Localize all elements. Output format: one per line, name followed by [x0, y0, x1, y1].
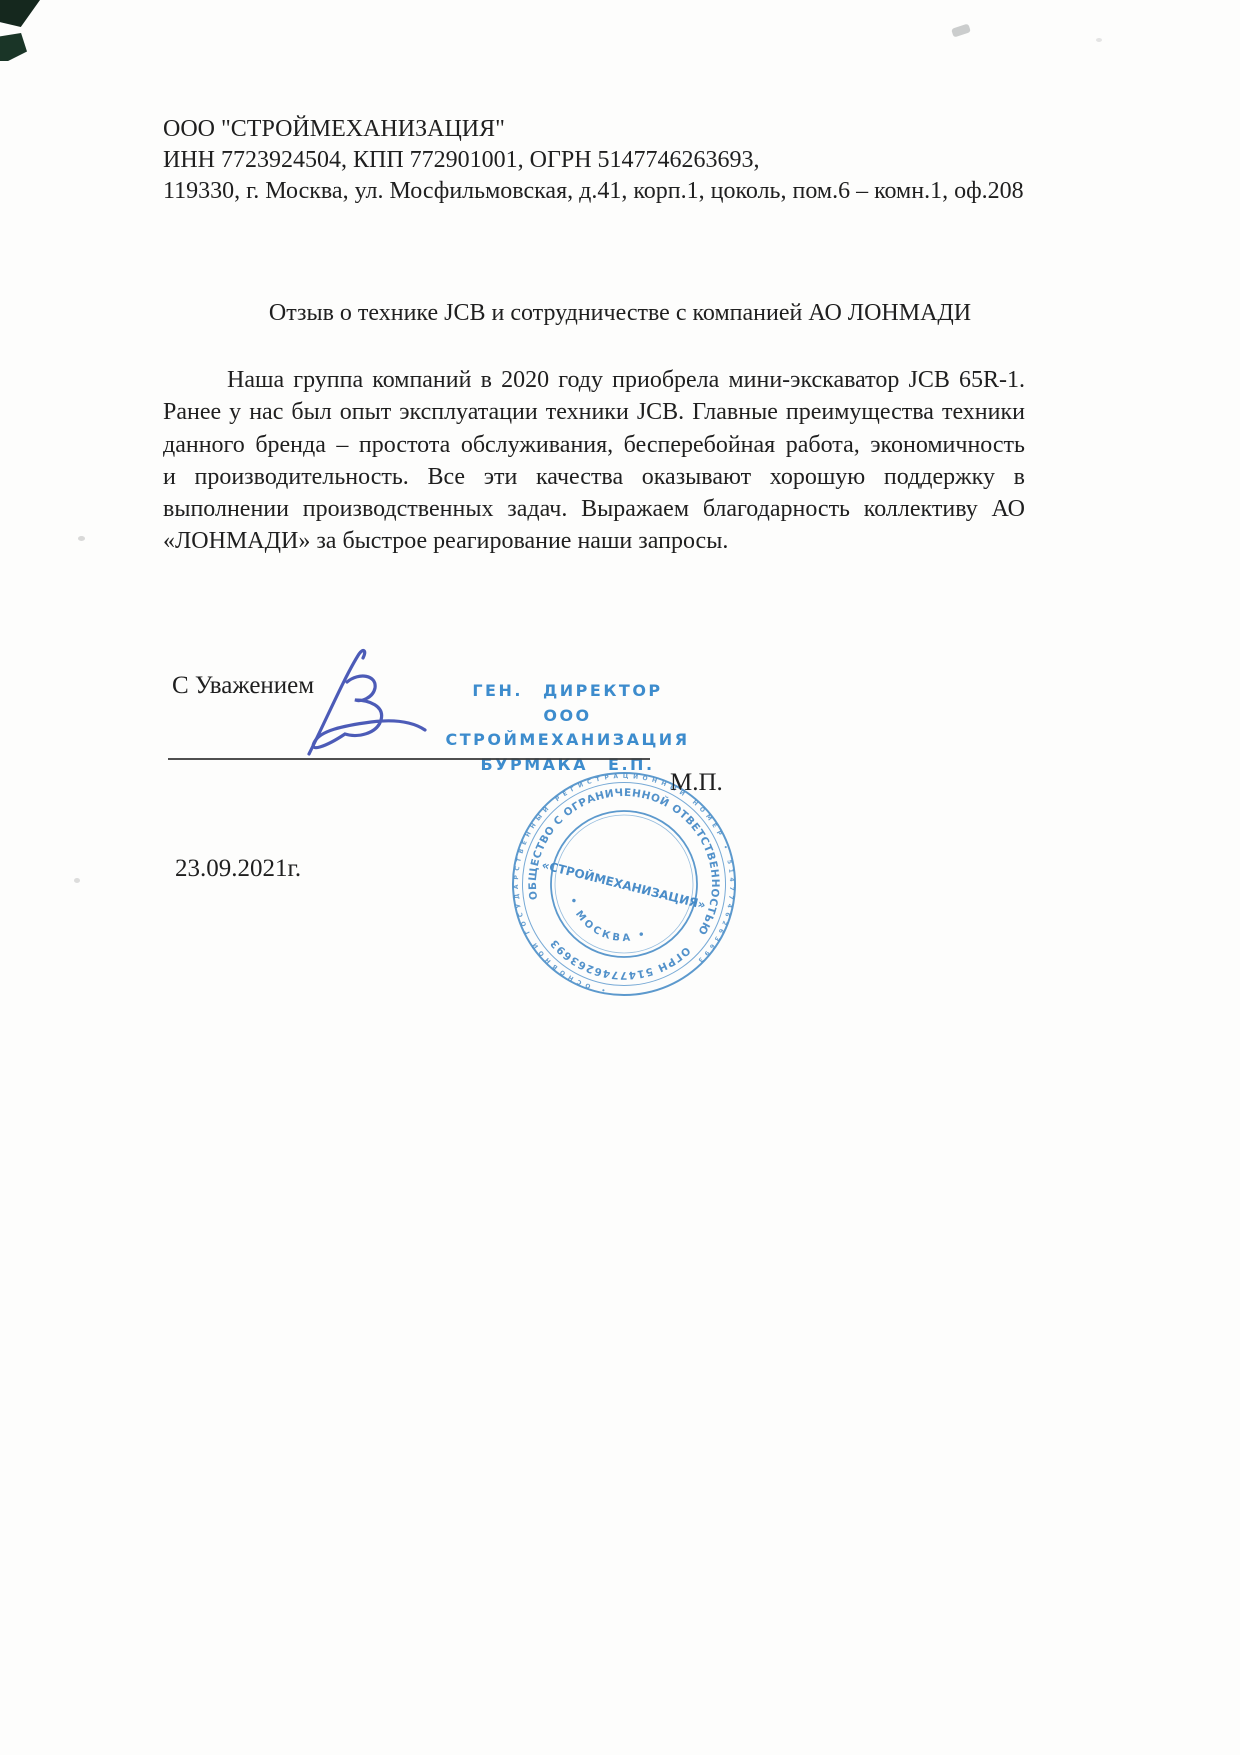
body-line: Ранее у нас был опыт эксплуатации техник…: [163, 396, 1025, 428]
scan-speck: [74, 878, 80, 883]
body-line: «ЛОНМАДИ» за быстрое реагирование наши з…: [163, 525, 1025, 557]
scan-corner-artifact: [0, 0, 40, 27]
letter-body: Наша группа компаний в 2020 году приобре…: [163, 364, 1025, 558]
document-page: ООО "СТРОЙМЕХАНИЗАЦИЯ" ИНН 7723924504, К…: [0, 0, 1240, 1755]
letter-title: Отзыв о технике JCB и сотрудничестве с к…: [0, 300, 1240, 327]
scan-speck: [1096, 38, 1102, 42]
handwritten-signature: [293, 642, 443, 772]
seal-placeholder-label: М.П.: [670, 769, 723, 797]
director-stamp-line: ООО: [415, 704, 720, 729]
seal-center-text: «СТРОЙМЕХАНИЗАЦИЯ»: [540, 857, 707, 912]
director-stamp-line: ГЕН. ДИРЕКТОР: [415, 679, 720, 704]
signature-line: [168, 758, 650, 760]
company-seal: • ОСНОВНОЙ ГОСУДАРСТВЕННЫЙ РЕГИСТРАЦИОНН…: [506, 766, 742, 1002]
director-stamp-text: ГЕН. ДИРЕКТОР ООО СТРОЙМЕХАНИЗАЦИЯ БУРМА…: [415, 679, 720, 777]
company-name: ООО "СТРОЙМЕХАНИЗАЦИЯ": [163, 114, 1063, 145]
director-stamp-line: СТРОЙМЕХАНИЗАЦИЯ: [415, 728, 720, 753]
body-line: Наша группа компаний в 2020 году приобре…: [163, 364, 1025, 396]
body-line: данного бренда – простота обслуживания, …: [163, 429, 1025, 461]
scan-speck: [78, 536, 85, 541]
scan-corner-artifact: [0, 33, 27, 61]
body-line: выполнении производственных задач. Выраж…: [163, 493, 1025, 525]
letterhead: ООО "СТРОЙМЕХАНИЗАЦИЯ" ИНН 7723924504, К…: [163, 114, 1063, 207]
scan-smudge: [951, 23, 971, 37]
company-address: 119330, г. Москва, ул. Мосфильмовская, д…: [163, 176, 1063, 207]
seal-city-text: • МОСКВА •: [561, 895, 655, 950]
company-registration: ИНН 7723924504, КПП 772901001, ОГРН 5147…: [163, 145, 1063, 176]
body-line: и производительность. Все эти качества о…: [163, 461, 1025, 493]
letter-date: 23.09.2021г.: [175, 855, 301, 883]
